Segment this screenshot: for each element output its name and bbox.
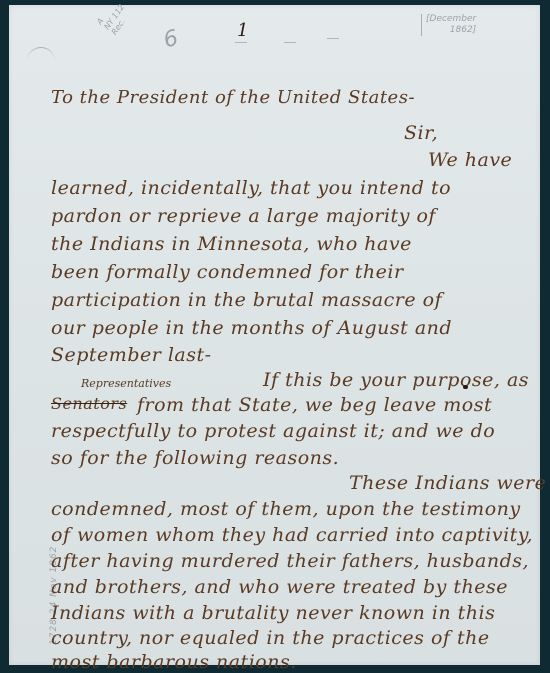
underline-mark: [284, 42, 296, 43]
letter-page: A NY 112 Rec. 6 1 [December 1862] 1728 2…: [9, 5, 540, 665]
folio-number: 6: [161, 26, 181, 54]
underline-mark: [327, 38, 339, 39]
underline-mark: [235, 42, 247, 43]
opening-words: We have: [428, 149, 512, 171]
date-annotation-month: [December: [426, 14, 476, 25]
page-number: 1: [237, 20, 248, 41]
letter-line: condemned, most of them, upon the testim…: [51, 498, 521, 520]
letter-line: learned, incidentally, that you intend t…: [51, 177, 451, 199]
letter-line: been formally condemned for their: [51, 261, 404, 283]
inserted-word: Representatives: [81, 377, 171, 390]
letter-line: country, nor equaled in the practices of…: [51, 627, 490, 649]
date-annotation: [December 1862]: [421, 14, 476, 36]
letter-line: our people in the months of August and: [51, 317, 452, 339]
ink-blot: [463, 385, 468, 389]
letter-line: the Indians in Minnesota, who have: [51, 233, 412, 255]
struck-word: Senators: [51, 394, 127, 413]
letter-line: If this be your purpose, as: [263, 369, 529, 391]
salutation: Sir,: [404, 122, 438, 144]
addressee-line: To the President of the United States-: [51, 87, 415, 108]
archive-stamp: A NY 112 Rec.: [95, 0, 140, 36]
letter-line: Indians with a brutality never known in …: [51, 602, 495, 624]
letter-line: so for the following reasons.: [51, 447, 339, 469]
letter-line: participation in the brutal massacre of: [51, 289, 442, 311]
letter-line: These Indians were: [349, 472, 546, 494]
letter-line: pardon or reprieve a large majority of: [51, 205, 436, 227]
paper-fold-mark: [27, 47, 55, 70]
letter-line: most barbarous nations.: [51, 651, 297, 673]
letter-line: from that State, we beg leave most: [137, 394, 492, 416]
letter-line: of women whom they had carried into capt…: [51, 524, 533, 546]
letter-line: September last-: [51, 344, 212, 366]
letter-line: after having murdered their fathers, hus…: [51, 550, 529, 572]
letter-line: respectfully to protest against it; and …: [51, 420, 495, 442]
date-annotation-year: 1862]: [426, 25, 476, 36]
letter-line: and brothers, and who were treated by th…: [51, 576, 508, 598]
